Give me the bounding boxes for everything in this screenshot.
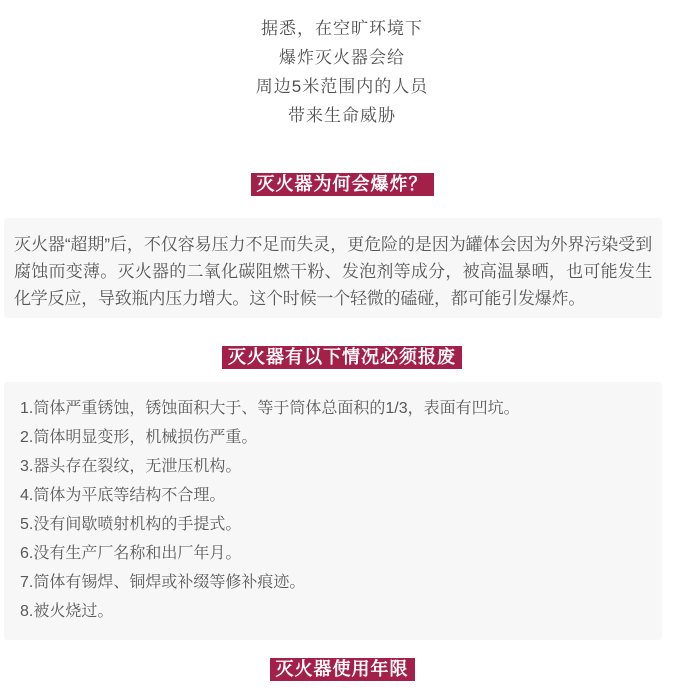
scrap-condition-7: 7.筒体有锡焊、铜焊或补缀等修补痕迹。 [20,568,650,597]
intro-text: 据悉，在空旷环境下 爆炸灭火器会给 周边5米范围内的人员 带来生命威胁 [0,0,684,130]
intro-line-3: 周边5米范围内的人员 [0,72,684,101]
explanation-paragraph: 灭火器“超期”后，不仅容易压力不足而失灵，更危险的是因为罐体会因为外界污染受到腐… [14,231,652,312]
section-heading-scrap-conditions: 灭火器有以下情况必须报废 [222,346,462,369]
heading-row-why-explode: 灭火器为何会爆炸？ [0,173,684,196]
intro-line-1: 据悉，在空旷环境下 [0,14,684,43]
section-heading-why-explode: 灭火器为何会爆炸？ [251,173,434,196]
scrap-condition-5: 5.没有间歇喷射机构的手提式。 [20,510,650,539]
intro-line-2: 爆炸灭火器会给 [0,43,684,72]
scrap-condition-1: 1.筒体严重锈蚀，锈蚀面积大于、等于筒体总面积的1/3，表面有凹坑。 [20,394,650,423]
heading-row-scrap-conditions: 灭火器有以下情况必须报废 [0,346,684,369]
scrap-condition-6: 6.没有生产厂名称和出厂年月。 [20,539,650,568]
scrap-condition-8: 8.被火烧过。 [20,597,650,626]
heading-row-service-life: 灭火器使用年限 [0,658,684,681]
scrap-conditions-block: 1.筒体严重锈蚀，锈蚀面积大于、等于筒体总面积的1/3，表面有凹坑。 2.筒体明… [4,382,662,640]
scrap-condition-3: 3.器头存在裂纹，无泄压机构。 [20,452,650,481]
scrap-condition-2: 2.筒体明显变形，机械损伤严重。 [20,423,650,452]
article-page: 据悉，在空旷环境下 爆炸灭火器会给 周边5米范围内的人员 带来生命威胁 灭火器为… [0,0,684,693]
explanation-block: 灭火器“超期”后，不仅容易压力不足而失灵，更危险的是因为罐体会因为外界污染受到腐… [4,218,662,318]
intro-line-4: 带来生命威胁 [0,101,684,130]
scrap-condition-4: 4.筒体为平底等结构不合理。 [20,481,650,510]
section-heading-service-life: 灭火器使用年限 [270,658,415,681]
